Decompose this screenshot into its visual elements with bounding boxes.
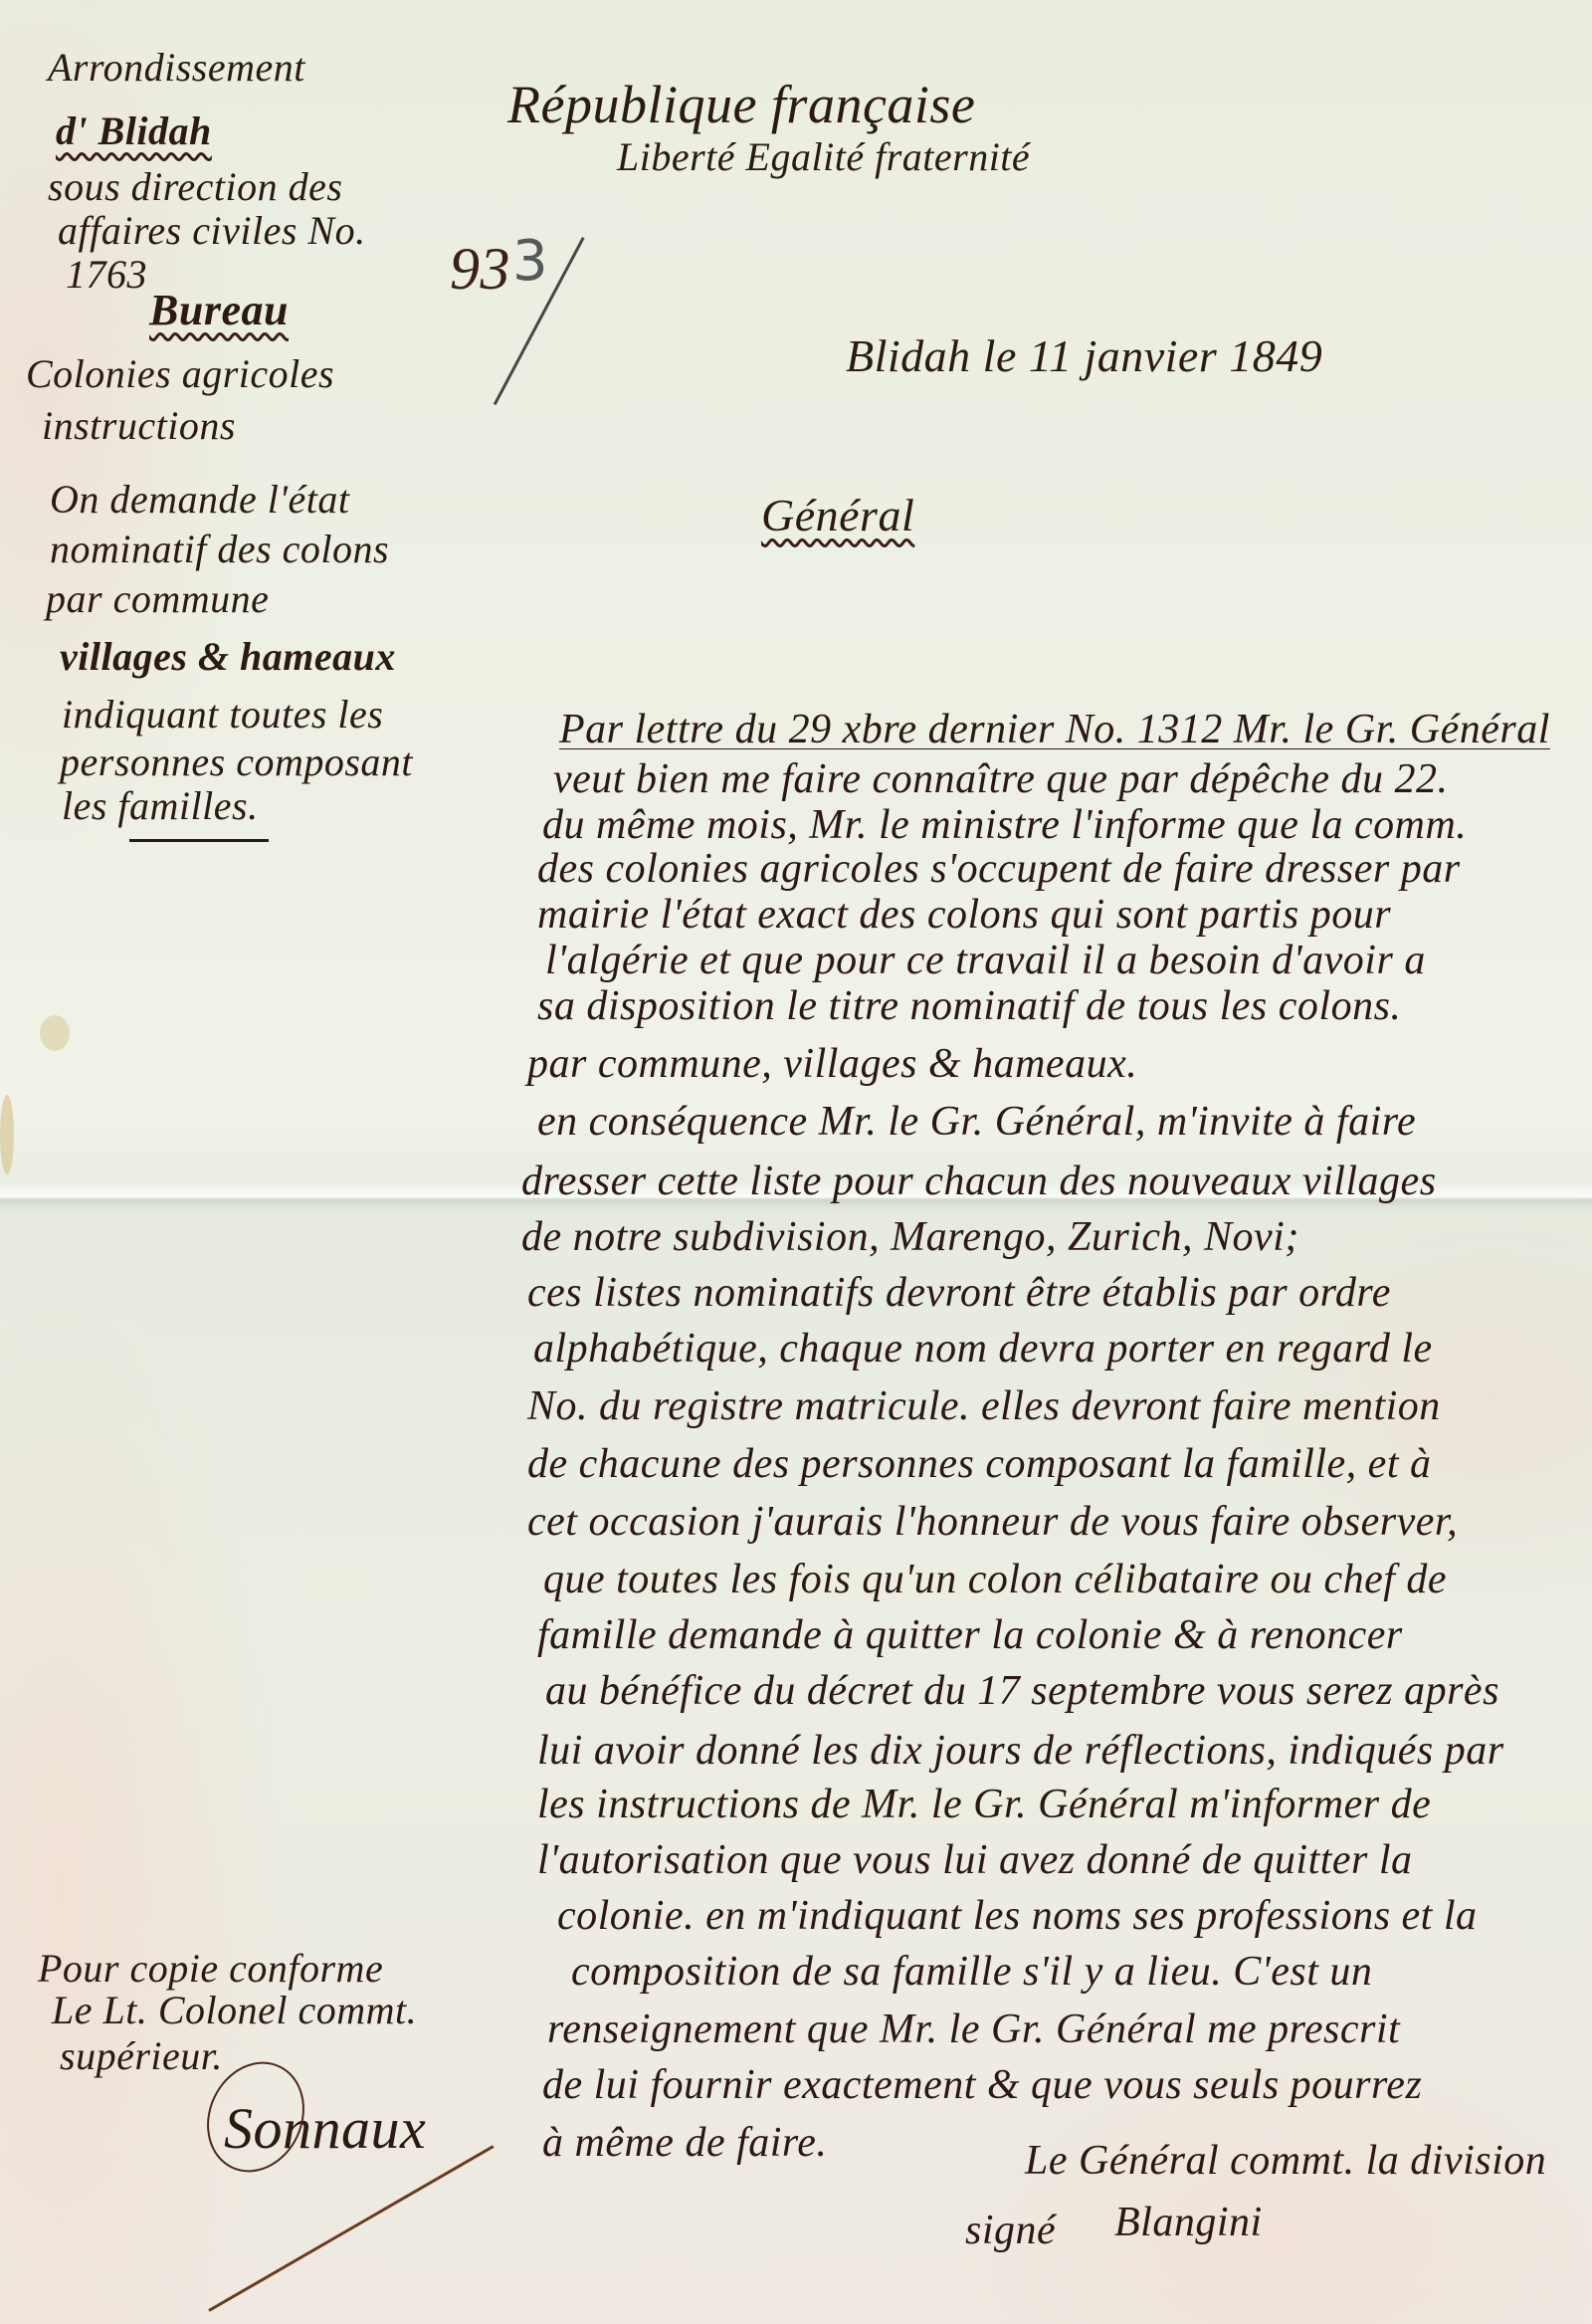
body-line: de lui fournir exactement & que vous seu… bbox=[542, 2064, 1422, 2106]
body-line: les instructions de Mr. le Gr. Général m… bbox=[537, 1784, 1431, 1825]
margin-line: villages & hameaux bbox=[60, 637, 396, 677]
republic-heading: République française bbox=[507, 78, 975, 131]
body-line: des colonies agricoles s'occupent de fai… bbox=[537, 848, 1461, 890]
margin-line: On demande l'état bbox=[50, 480, 349, 520]
pencil-mark: 3 bbox=[512, 229, 548, 294]
margin-line: affaires civiles No. bbox=[58, 211, 366, 251]
margin-end-rule bbox=[129, 839, 269, 842]
body-line: de notre subdivision, Marengo, Zurich, N… bbox=[521, 1216, 1299, 1258]
body-line: de chacune des personnes composant la fa… bbox=[527, 1443, 1431, 1485]
paper-stain bbox=[40, 1015, 70, 1051]
paper-stain bbox=[0, 1095, 14, 1174]
reference-number: 93 bbox=[450, 239, 510, 299]
margin-line: nominatif des colons bbox=[50, 529, 389, 569]
signed-label: signé bbox=[965, 2210, 1056, 2251]
margin-line: indiquant toutes les bbox=[62, 695, 383, 735]
margin-ref-number: 1763 bbox=[66, 255, 147, 295]
body-line: l'algérie et que pour ce travail il a be… bbox=[545, 940, 1426, 981]
body-line: Par lettre du 29 xbre dernier No. 1312 M… bbox=[559, 709, 1550, 750]
margin-line: Arrondissement bbox=[48, 48, 305, 88]
body-line: l'autorisation que vous lui avez donné d… bbox=[537, 1839, 1413, 1881]
margin-line: instructions bbox=[42, 406, 236, 446]
body-line: mairie l'état exact des colons qui sont … bbox=[537, 894, 1391, 936]
republic-motto: Liberté Egalité fraternité bbox=[617, 137, 1030, 177]
body-line: dresser cette liste pour chacun des nouv… bbox=[521, 1161, 1437, 1202]
margin-line: personnes composant bbox=[60, 742, 413, 782]
body-line: alphabétique, chaque nom devra porter en… bbox=[533, 1328, 1433, 1370]
body-line: ces listes nominatifs devront être établ… bbox=[527, 1272, 1391, 1314]
certification-line: supérieur. bbox=[60, 2036, 223, 2076]
place-date: Blidah le 11 janvier 1849 bbox=[846, 333, 1322, 379]
body-line: par commune, villages & hameaux. bbox=[527, 1043, 1137, 1085]
body-line: composition de sa famille s'il y a lieu.… bbox=[571, 1951, 1372, 1993]
body-line: à même de faire. bbox=[542, 2122, 827, 2164]
certification-line: Le Lt. Colonel commt. bbox=[52, 1991, 417, 2030]
body-line: colonie. en m'indiquant les noms ses pro… bbox=[557, 1895, 1478, 1937]
body-line: renseignement que Mr. le Gr. Général me … bbox=[547, 2008, 1400, 2050]
salutation: Général bbox=[761, 493, 914, 538]
signed-name: Blangini bbox=[1114, 2202, 1263, 2243]
body-line: No. du registre matricule. elles devront… bbox=[527, 1385, 1441, 1427]
body-line: du même mois, Mr. le ministre l'informe … bbox=[542, 804, 1467, 846]
body-line: lui avoir donné les dix jours de réflect… bbox=[537, 1730, 1504, 1772]
margin-line: par commune bbox=[46, 579, 269, 619]
margin-place: d' Blidah bbox=[56, 111, 212, 151]
body-line: veut bien me faire connaître que par dép… bbox=[553, 758, 1448, 800]
body-line: que toutes les fois qu'un colon célibata… bbox=[543, 1559, 1447, 1600]
body-line: sa disposition le titre nominatif de tou… bbox=[537, 985, 1401, 1027]
body-line: cet occasion j'aurais l'honneur de vous … bbox=[527, 1501, 1458, 1543]
margin-line: sous direction des bbox=[48, 167, 342, 207]
margin-line: les familles. bbox=[62, 786, 259, 826]
margin-line: Colonies agricoles bbox=[26, 354, 334, 394]
margin-bureau: Bureau bbox=[149, 289, 289, 332]
certification-line: Pour copie conforme bbox=[38, 1949, 383, 1989]
closing-title: Le Général commt. la division bbox=[1025, 2140, 1546, 2182]
body-line: famille demande à quitter la colonie & à… bbox=[537, 1614, 1403, 1656]
body-line: en conséquence Mr. le Gr. Général, m'inv… bbox=[537, 1101, 1416, 1143]
body-line: au bénéfice du décret du 17 septembre vo… bbox=[545, 1670, 1499, 1712]
